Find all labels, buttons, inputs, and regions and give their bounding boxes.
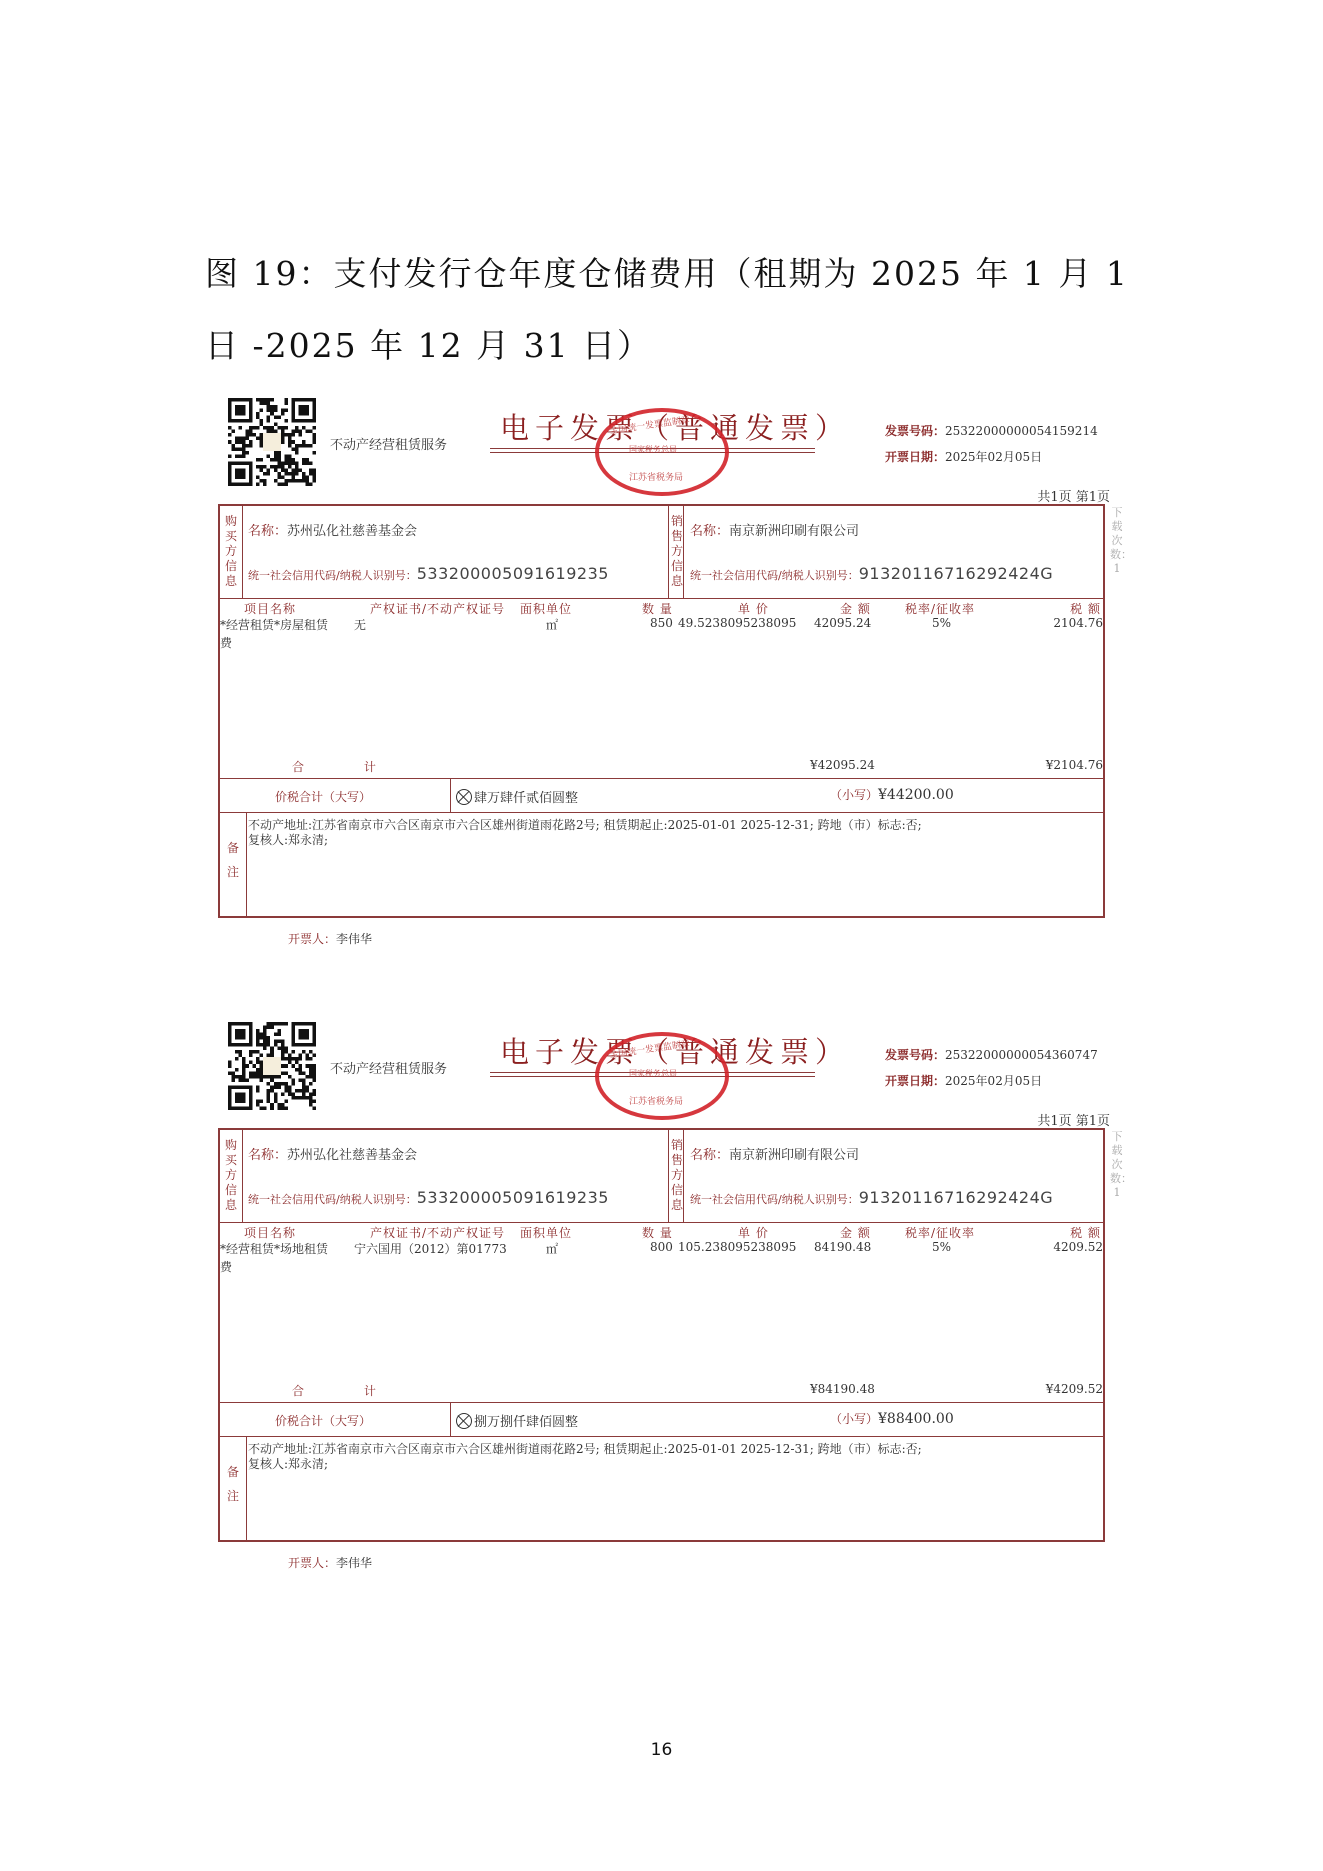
buyer-tax-id: 统一社会信用代码/纳税人识别号：533200005091619235 (248, 1188, 609, 1207)
seller-name: 名称：南京新洲印刷有限公司 (690, 1144, 859, 1163)
items-section: 项目名称 产权证书/不动产权证号 面积单位 数 量 单 价 金 额 税率/征收率… (220, 1222, 1103, 1402)
grand-total-lower: （小写）¥88400.00 (830, 1410, 954, 1427)
seller-name: 名称：南京新洲印刷有限公司 (690, 520, 859, 539)
grand-total-label: 价税合计（大写） (275, 1412, 371, 1429)
remarks-line-1: 不动产地址:江苏省南京市六合区南京市六合区雄州街道雨花路2号; 租赁期起止:20… (248, 816, 922, 833)
tax-stamp-icon: 全国统一发票监制章 国家税务总局 江苏省税务局 (595, 1032, 729, 1120)
grand-total-upper: 捌万捌仟肆佰圆整 (456, 1411, 578, 1430)
grand-total-lower: （小写）¥44200.00 (830, 786, 954, 803)
invoice-table: 购买方信息 销售方信息 名称：苏州弘化社慈善基金会 统一社会信用代码/纳税人识别… (218, 1128, 1105, 1542)
drawer: 开票人：李伟华 (288, 1554, 372, 1571)
issue-date: 开票日期：2025年02月05日 (885, 448, 1042, 465)
download-count: 下载次数：1 (1110, 1130, 1124, 1200)
buyer-side-label: 购买方信息 (220, 514, 242, 589)
total-label: 合 计 (292, 1382, 404, 1399)
seller-side-label: 销售方信息 (666, 514, 688, 589)
page-count: 共1页 第1页 (1037, 1110, 1110, 1129)
invoice-number: 发票号码：25322000000054360747 (885, 1046, 1098, 1063)
figure-title: 图 19：支付发行仓年度仓储费用（租期为 2025 年 1 月 1 日 -202… (205, 238, 1145, 382)
remarks-side-label: 备注 (222, 1460, 244, 1508)
tax-stamp-icon: 全国统一发票监制章 国家税务总局 江苏省税务局 (595, 408, 729, 496)
service-type: 不动产经营租赁服务 (330, 1058, 447, 1077)
buyer-side-label: 购买方信息 (220, 1138, 242, 1213)
total-amount: ¥84190.48 (810, 1382, 875, 1396)
issue-date: 开票日期：2025年02月05日 (885, 1072, 1042, 1089)
service-type: 不动产经营租赁服务 (330, 434, 447, 453)
qr-code-icon (228, 398, 316, 486)
cross-circle-icon (456, 1413, 472, 1429)
invoice: 不动产经营租赁服务 电子发票（普通发票） 全国统一发票监制章 国家税务总局 江苏… (218, 398, 1118, 958)
cross-circle-icon (456, 789, 472, 805)
total-amount: ¥42095.24 (810, 758, 875, 772)
seller-side-label: 销售方信息 (666, 1138, 688, 1213)
qr-code-icon (228, 1022, 316, 1110)
invoice-number: 发票号码：25322000000054159214 (885, 422, 1098, 439)
buyer-name: 名称：苏州弘化社慈善基金会 (248, 1144, 417, 1163)
grand-total-upper: 肆万肆仟贰佰圆整 (456, 787, 578, 806)
items-section: 项目名称 产权证书/不动产权证号 面积单位 数 量 单 价 金 额 税率/征收率… (220, 598, 1103, 778)
remarks-line-1: 不动产地址:江苏省南京市六合区南京市六合区雄州街道雨花路2号; 租赁期起止:20… (248, 1440, 922, 1457)
remarks-side-label: 备注 (222, 836, 244, 884)
download-count: 下载次数：1 (1110, 506, 1124, 576)
grand-total-label: 价税合计（大写） (275, 788, 371, 805)
total-tax: ¥2104.76 (1046, 758, 1103, 772)
page-count: 共1页 第1页 (1037, 486, 1110, 505)
page-number: 16 (0, 1740, 1323, 1760)
buyer-name: 名称：苏州弘化社慈善基金会 (248, 520, 417, 539)
drawer: 开票人：李伟华 (288, 930, 372, 947)
total-tax: ¥4209.52 (1046, 1382, 1103, 1396)
invoice: 不动产经营租赁服务 电子发票（普通发票） 全国统一发票监制章 国家税务总局 江苏… (218, 1022, 1118, 1582)
seller-tax-id: 统一社会信用代码/纳税人识别号：91320116716292424G (690, 1188, 1053, 1207)
seller-tax-id: 统一社会信用代码/纳税人识别号：91320116716292424G (690, 564, 1053, 583)
total-label: 合 计 (292, 758, 404, 775)
remarks-line-2: 复核人:郑永清; (248, 831, 328, 848)
remarks-line-2: 复核人:郑永清; (248, 1455, 328, 1472)
buyer-tax-id: 统一社会信用代码/纳税人识别号：53320000509161923​5 (248, 564, 609, 583)
invoice-table: 购买方信息 销售方信息 名称：苏州弘化社慈善基金会 统一社会信用代码/纳税人识别… (218, 504, 1105, 918)
